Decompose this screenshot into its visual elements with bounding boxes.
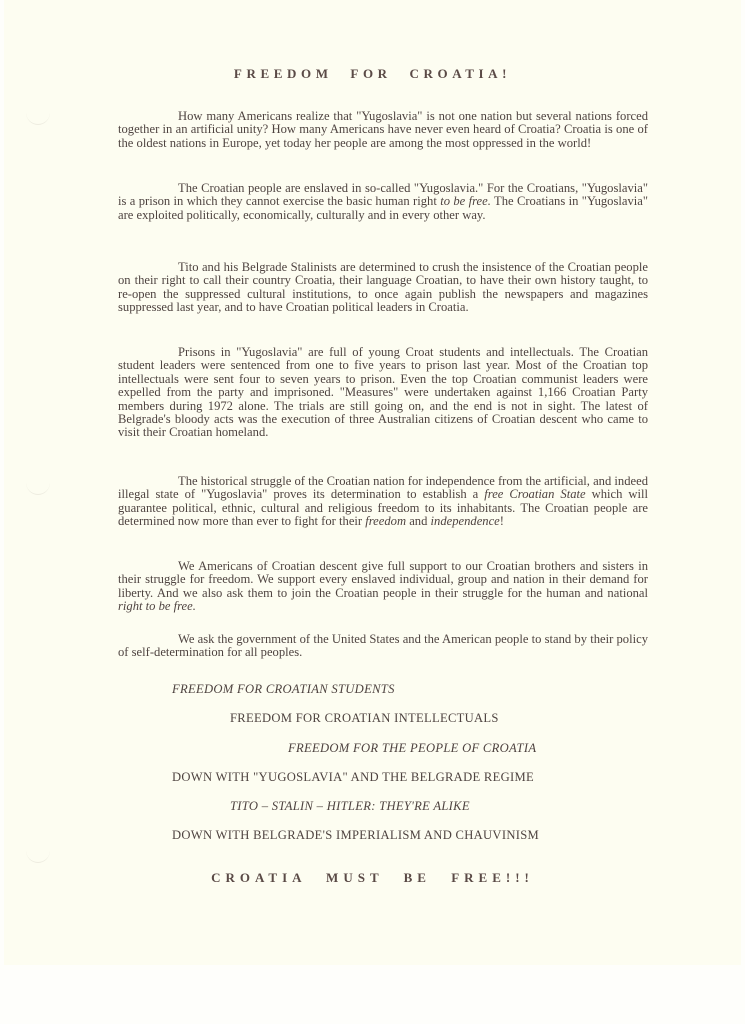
paragraph-5: The historical struggle of the Croatian …	[118, 475, 648, 529]
punch-hole-mark	[26, 838, 50, 863]
paragraph-7: We ask the government of the United Stat…	[118, 633, 648, 660]
emphasis-text: independence	[431, 514, 500, 528]
punch-hole-mark	[26, 470, 50, 495]
body-text: Tito and his Belgrade Stalinists are det…	[118, 260, 648, 314]
slogan-students: FREEDOM FOR CROATIAN STUDENTS	[172, 682, 395, 697]
slogan-down-yugoslavia: DOWN WITH "YUGOSLAVIA" AND THE BELGRADE …	[172, 770, 534, 785]
body-text: Prisons in "Yugoslavia" are full of youn…	[118, 345, 648, 439]
slogan-intellectuals: FREEDOM FOR CROATIAN INTELLECTUALS	[230, 711, 499, 726]
paragraph-3: Tito and his Belgrade Stalinists are det…	[118, 261, 648, 315]
slogan-down-imperialism: DOWN WITH BELGRADE'S IMPERIALISM AND CHA…	[172, 828, 539, 843]
paragraph-6: We Americans of Croatian descent give fu…	[118, 560, 648, 614]
document-title: FREEDOM FOR CROATIA!	[0, 66, 745, 82]
emphasis-text: to be free.	[440, 194, 491, 208]
emphasis-text: right to be free.	[118, 599, 196, 613]
paragraph-1: How many Americans realize that "Yugosla…	[118, 110, 648, 150]
body-text: We ask the government of the United Stat…	[118, 632, 648, 659]
paragraph-2: The Croatian people are enslaved in so-c…	[118, 182, 648, 222]
body-text: and	[406, 514, 430, 528]
slogan-people: FREEDOM FOR THE PEOPLE OF CROATIA	[288, 741, 536, 756]
punch-hole-mark	[26, 100, 50, 125]
body-text: !	[500, 514, 504, 528]
paragraph-4: Prisons in "Yugoslavia" are full of youn…	[118, 346, 648, 440]
closing-slogan: CROATIA MUST BE FREE!!!	[0, 870, 745, 886]
body-text: How many Americans realize that "Yugosla…	[118, 109, 648, 150]
emphasis-text: freedom	[365, 514, 406, 528]
emphasis-text: free Croatian State	[484, 487, 585, 501]
slogan-tito-stalin-hitler: TITO – STALIN – HITLER: THEY'RE ALIKE	[230, 799, 470, 814]
body-text: We Americans of Croatian descent give fu…	[118, 559, 648, 600]
